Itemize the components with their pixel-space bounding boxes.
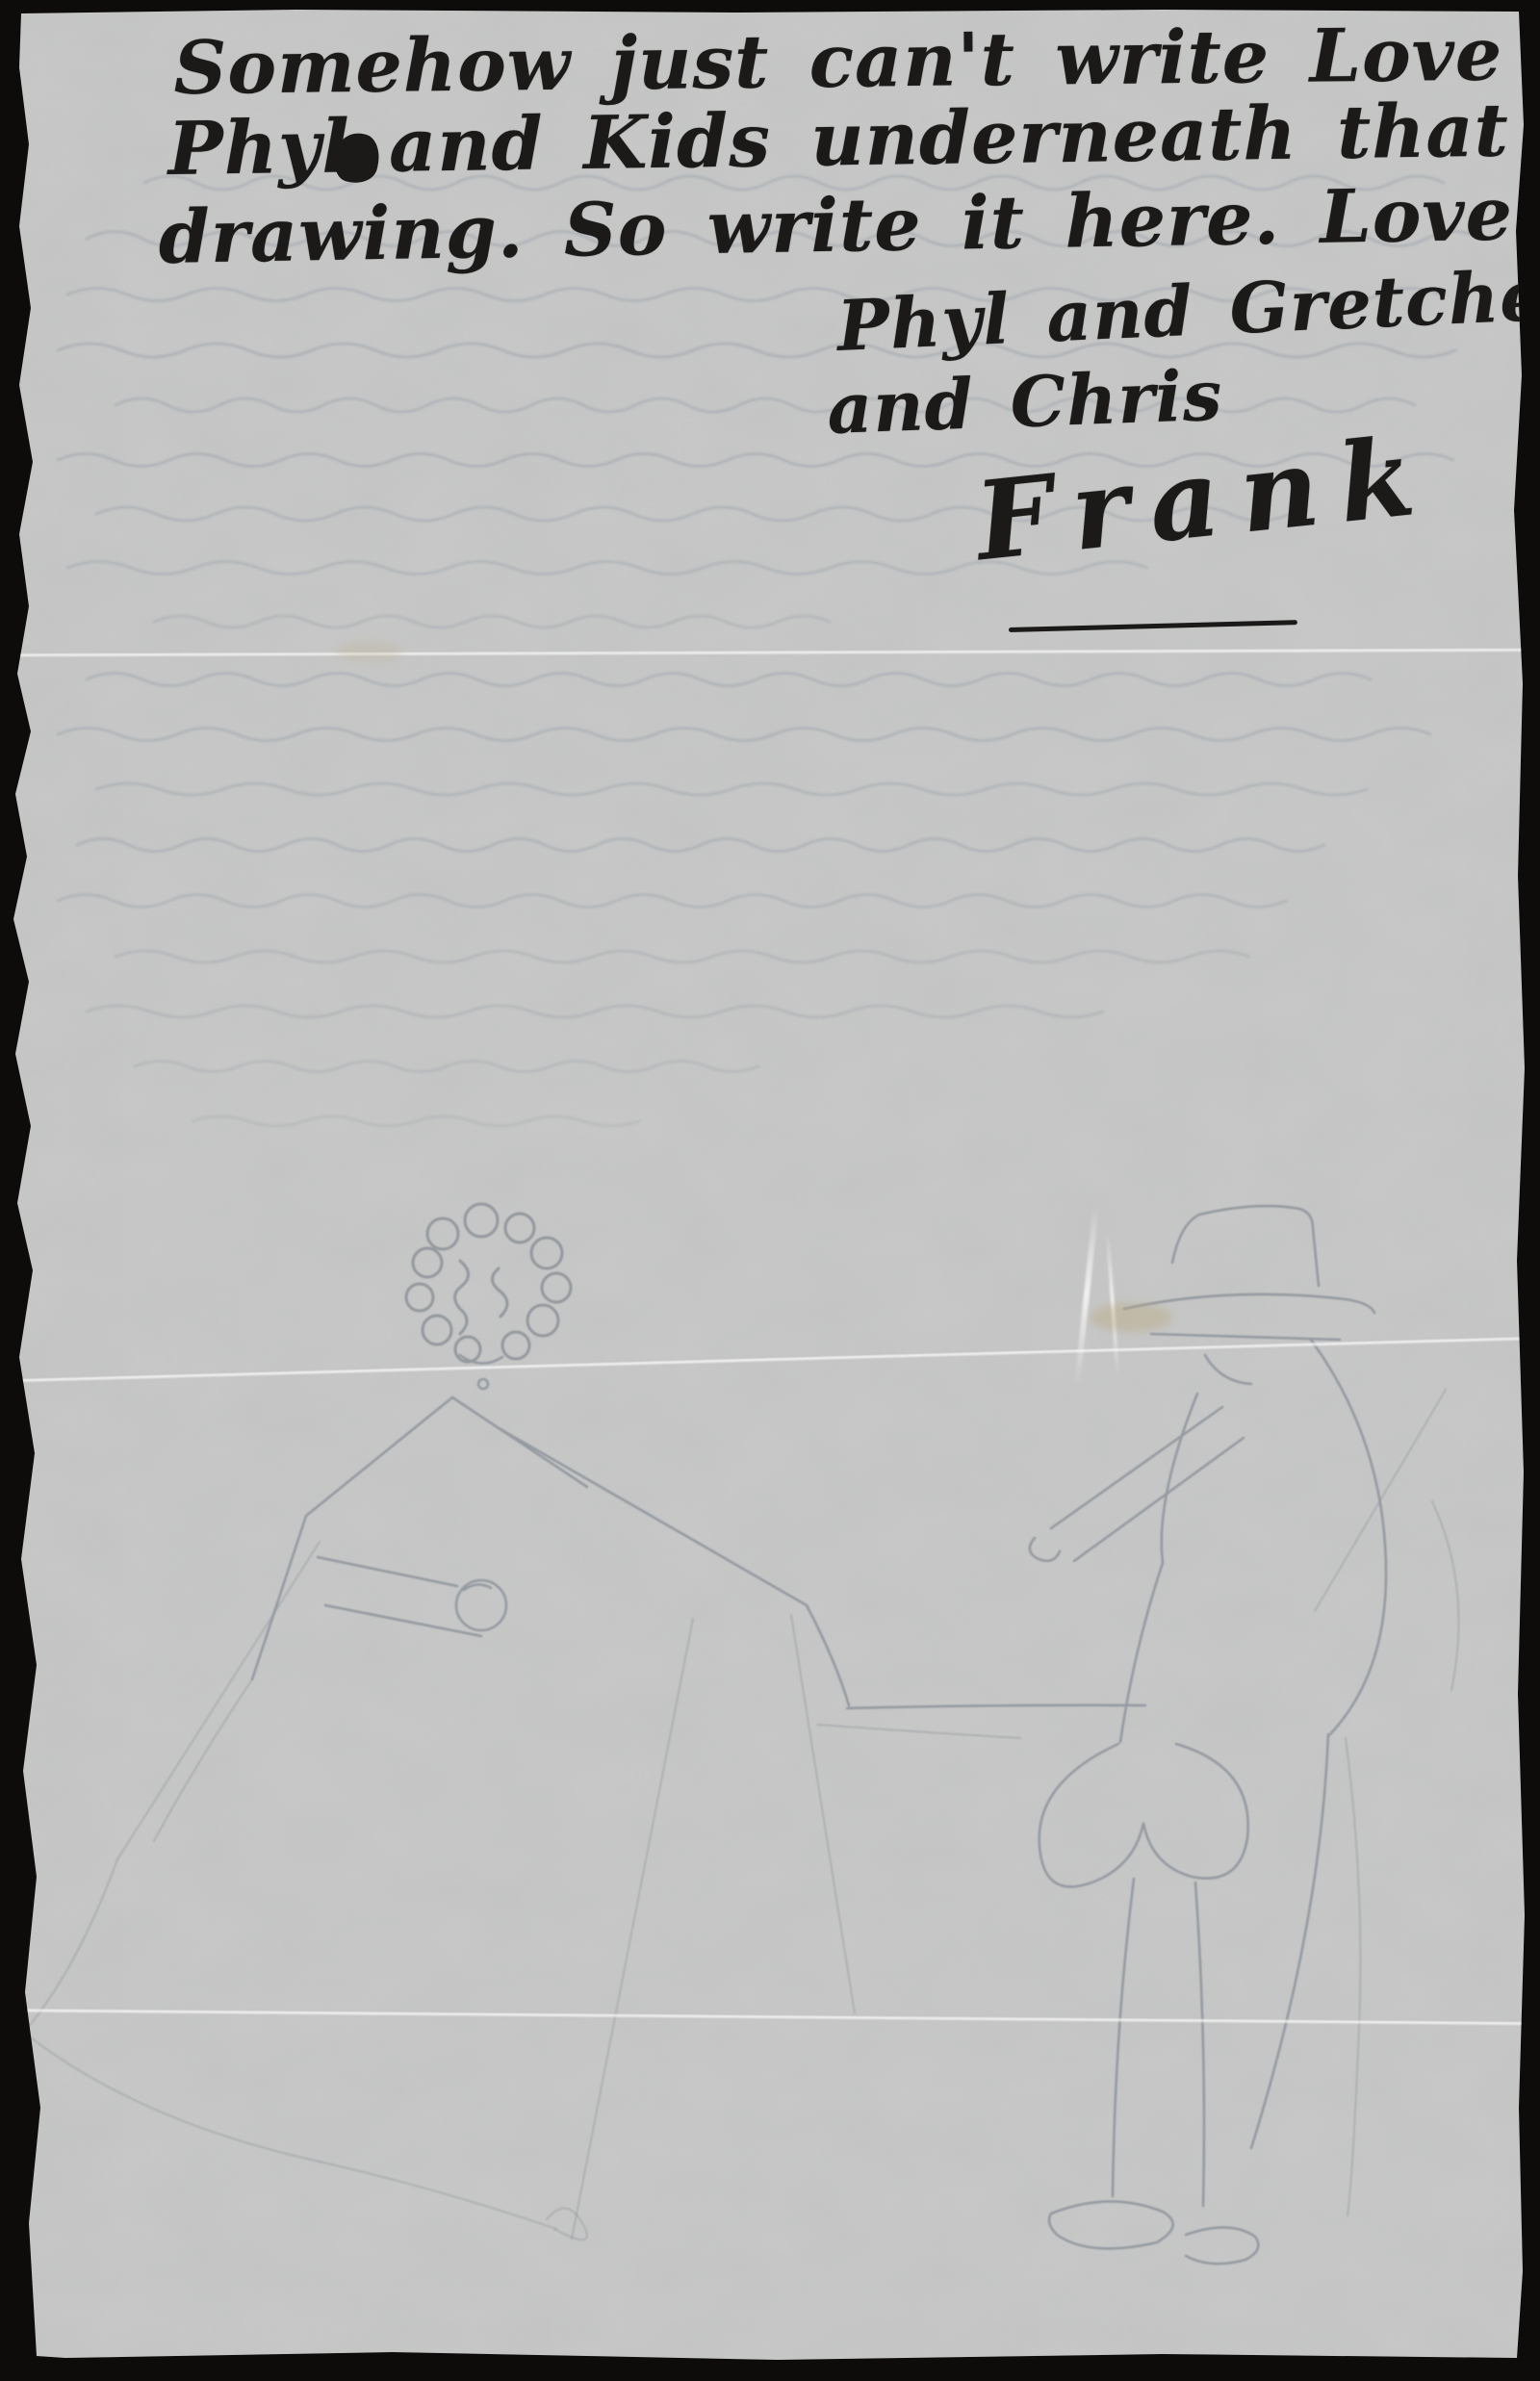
letter-line-2-word: Phyl xyxy=(167,103,351,192)
fold-crease-1 xyxy=(8,647,1540,658)
sketch-table-line xyxy=(847,1705,1145,1708)
letter-line-5: and Chris xyxy=(826,354,1224,449)
crease-stain xyxy=(1090,1303,1172,1332)
letter-line-4: Phyl and Gretchen xyxy=(835,252,1540,367)
fold-crease-2 xyxy=(8,1335,1540,1384)
crease-streak xyxy=(1074,1203,1099,1386)
paper: Somehow just can't write Love to Phyland… xyxy=(8,10,1528,2364)
signature-underline xyxy=(1009,620,1297,632)
crease-stain xyxy=(335,641,402,662)
sketch-figure-right xyxy=(1030,1206,1459,2264)
fold-crease-3 xyxy=(8,2008,1540,2027)
scanned-letter-image: Somehow just can't write Love to Phyland… xyxy=(0,0,1540,2381)
